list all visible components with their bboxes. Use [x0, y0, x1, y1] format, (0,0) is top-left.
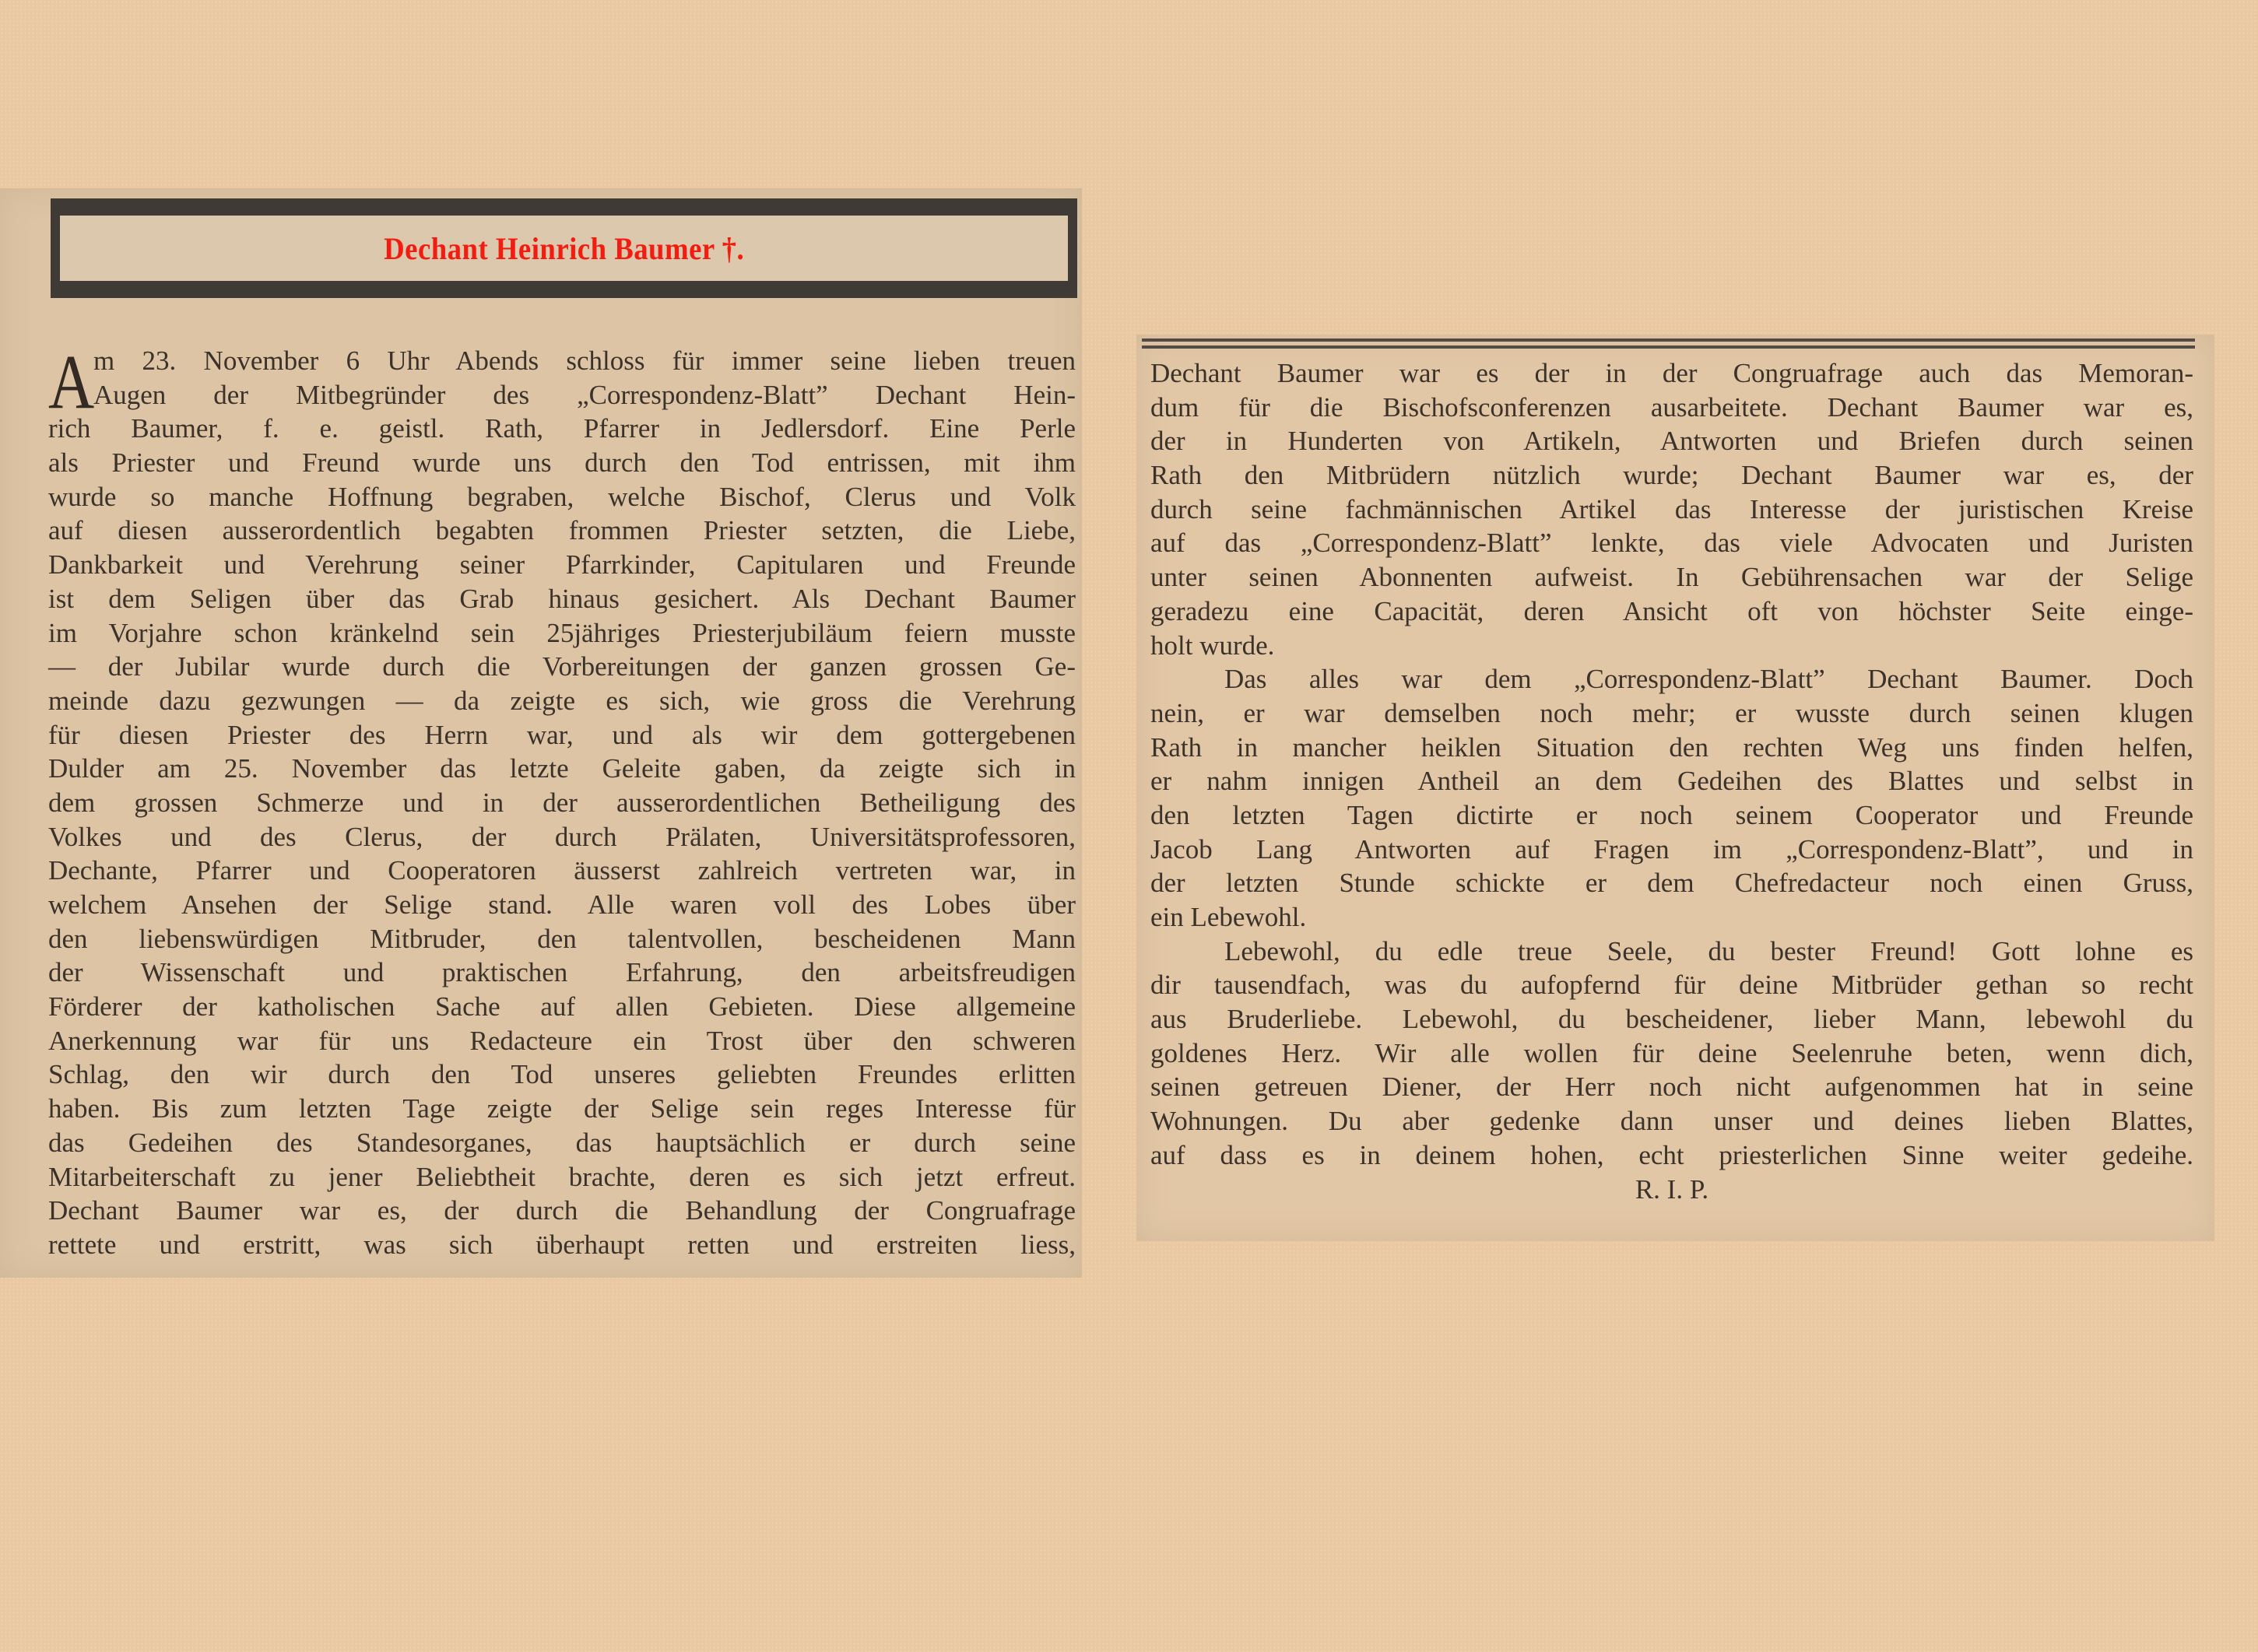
- text-line: Augen der Mitbegründer des „Corresponden…: [48, 378, 1076, 412]
- text-line: Volkes und des Clerus, der durch Prälate…: [48, 820, 1076, 854]
- text-line: er nahm innigen Antheil an dem Gedeihen …: [1150, 764, 2193, 798]
- text-line: durch seine fachmännischen Artikel das I…: [1150, 493, 2193, 527]
- text-line: wurde so manche Hoffnung begraben, welch…: [48, 480, 1076, 514]
- text-line: Dechant Baumer war es der in der Congrua…: [1150, 356, 2193, 391]
- text-line: im Vorjahre schon kränkelnd sein 25jähri…: [48, 616, 1076, 651]
- text-line: den liebenswürdigen Mitbruder, den talen…: [48, 922, 1076, 956]
- double-rule-divider: [1142, 338, 2195, 349]
- text-line: Förderer der katholischen Sache auf alle…: [48, 990, 1076, 1024]
- text-line: ist dem Seligen über das Grab hinaus ges…: [48, 582, 1076, 616]
- text-line: Rath den Mitbrüdern nützlich wurde; Dech…: [1150, 458, 2193, 493]
- text-line: unter seinen Abonnenten aufweist. In Geb…: [1150, 560, 2193, 595]
- text-line: als Priester und Freund wurde uns durch …: [48, 446, 1076, 480]
- text-line: nein, er war demselben noch mehr; er wus…: [1150, 696, 2193, 731]
- text-line: dem grossen Schmerze und in der ausseror…: [48, 786, 1076, 820]
- text-line: Mitarbeiterschaft zu jener Beliebtheit b…: [48, 1160, 1076, 1194]
- text-line: der in Hunderten von Artikeln, Antworten…: [1150, 424, 2193, 458]
- text-line: Dechante, Pfarrer und Cooperatoren äusse…: [48, 854, 1076, 888]
- right-text-column: Dechant Baumer war es der in der Congrua…: [1150, 356, 2193, 1206]
- text-line: goldenes Herz. Wir alle wollen für deine…: [1150, 1036, 2193, 1071]
- text-line: auf diesen ausserordentlich begabten fro…: [48, 514, 1076, 548]
- obituary-title: Dechant Heinrich Baumer †.: [384, 230, 744, 267]
- text-line: der letzten Stunde schickte er dem Chefr…: [1150, 866, 2193, 900]
- text-line: holt wurde.: [1150, 629, 2193, 663]
- text-line: geradezu eine Capacität, deren Ansicht o…: [1150, 595, 2193, 629]
- text-line: ein Lebewohl.: [1150, 900, 2193, 935]
- text-line: Dankbarkeit und Verehrung seiner Pfarrki…: [48, 548, 1076, 582]
- text-line: Schlag, den wir durch den Tod unseres ge…: [48, 1057, 1076, 1092]
- text-line: dir tausendfach, was du aufopfernd für d…: [1150, 968, 2193, 1002]
- obituary-title-frame: Dechant Heinrich Baumer †.: [51, 198, 1077, 298]
- text-line: auf dass es in deinem hohen, echt priest…: [1150, 1138, 2193, 1173]
- text-line: Wohnungen. Du aber gedenke dann unser un…: [1150, 1104, 2193, 1138]
- text-line: Dechant Baumer war es, der durch die Beh…: [48, 1194, 1076, 1228]
- text-line: rettete und erstritt, was sich überhaupt…: [48, 1228, 1076, 1262]
- text-line: R. I. P.: [1150, 1173, 2193, 1207]
- text-line: den letzten Tagen dictirte er noch seine…: [1150, 798, 2193, 833]
- text-line: welchem Ansehen der Selige stand. Alle w…: [48, 888, 1076, 922]
- text-line: Lebewohl, du edle treue Seele, du bester…: [1150, 935, 2193, 969]
- text-line: auf das „Correspondenz-Blatt” lenkte, da…: [1150, 526, 2193, 560]
- text-line: aus Bruderliebe. Lebewohl, du bescheiden…: [1150, 1002, 2193, 1036]
- text-line: m 23. November 6 Uhr Abends schloss für …: [48, 344, 1076, 378]
- text-line: dum für die Bischofsconferenzen ausarbei…: [1150, 391, 2193, 425]
- text-line: Rath in mancher heiklen Situation den re…: [1150, 731, 2193, 765]
- text-line: Jacob Lang Antworten auf Fragen im „Corr…: [1150, 833, 2193, 867]
- text-line: haben. Bis zum letzten Tage zeigte der S…: [48, 1092, 1076, 1126]
- text-line: der Wissenschaft und praktischen Erfahru…: [48, 956, 1076, 990]
- text-line: — der Jubilar wurde durch die Vorbereitu…: [48, 650, 1076, 684]
- text-line: rich Baumer, f. e. geistl. Rath, Pfarrer…: [48, 412, 1076, 446]
- text-line: das Gedeihen des Standesorganes, das hau…: [48, 1126, 1076, 1160]
- text-line: Anerkennung war für uns Redacteure ein T…: [48, 1024, 1076, 1058]
- text-line: Das alles war dem „Correspondenz-Blatt” …: [1150, 662, 2193, 696]
- text-line: seinen getreuen Diener, der Herr noch ni…: [1150, 1070, 2193, 1104]
- left-text-column: m 23. November 6 Uhr Abends schloss für …: [48, 344, 1076, 1262]
- text-line: für diesen Priester des Herrn war, und a…: [48, 718, 1076, 752]
- text-line: meinde dazu gezwungen — da zeigte es sic…: [48, 684, 1076, 718]
- text-line: Dulder am 25. November das letzte Geleit…: [48, 752, 1076, 786]
